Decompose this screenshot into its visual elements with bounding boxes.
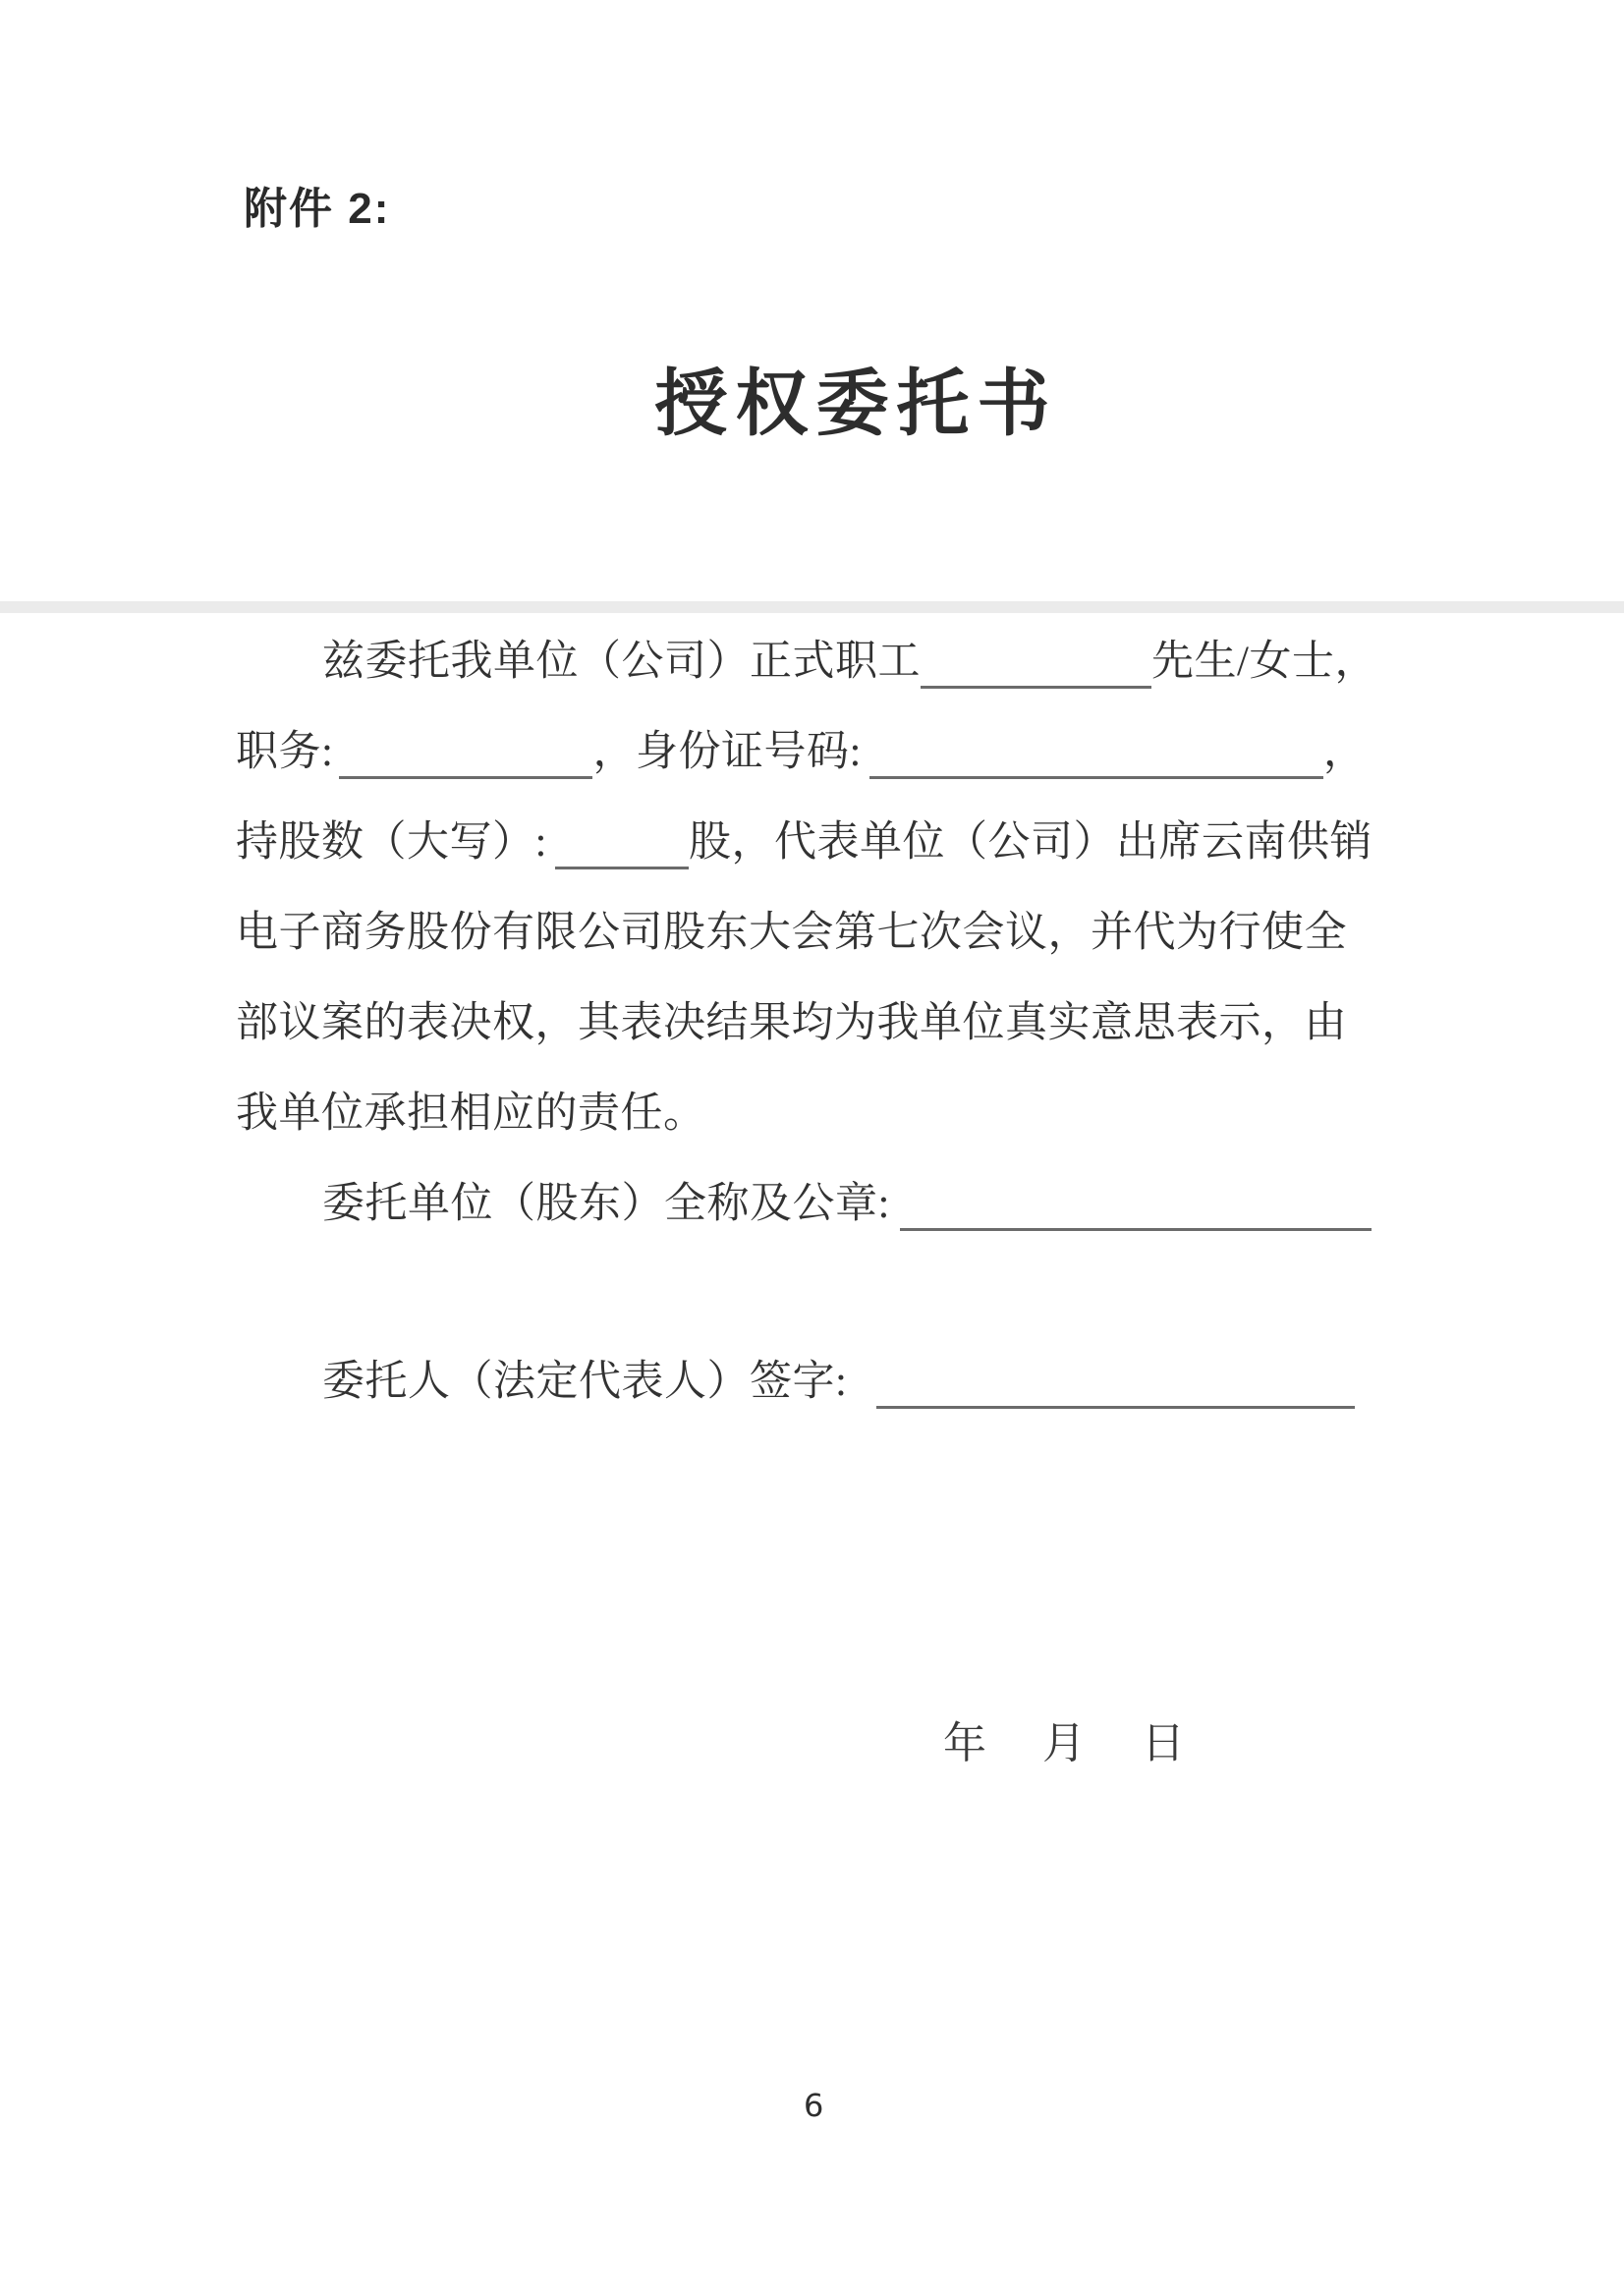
attachment-label: 附件 2:: [244, 173, 390, 236]
line1-text-post: 先生/女士，: [1151, 639, 1377, 685]
line3-text-post: 股，代表单位（公司）出席云南供销: [689, 819, 1372, 866]
id-number-blank: [869, 734, 1323, 779]
shares-blank: [555, 824, 689, 869]
line4-text: 电子商务股份有限公司股东大会第七次会议，并代为行使全: [236, 910, 1347, 956]
body-line-8: 委托人（法定代表人）签字:: [236, 1337, 1400, 1427]
body-line-3: 持股数（大写）:股，代表单位（公司）出席云南供销: [236, 798, 1400, 888]
date-year-label: 年: [943, 1699, 986, 1789]
body-line-7: 委托单位（股东）全称及公章:: [236, 1159, 1400, 1250]
document-page: 附件 2: 授权委托书 兹委托我单位（公司）正式职工先生/女士， 职务:，身份证…: [0, 0, 1624, 2295]
scan-artifact-band: [0, 601, 1624, 613]
body-line-6: 我单位承担相应的责任。: [236, 1069, 1400, 1159]
position-label: 职务:: [236, 729, 333, 775]
position-blank: [339, 734, 592, 779]
date-day-label: 日: [1142, 1699, 1185, 1789]
line2-comma: ，: [1323, 729, 1367, 775]
document-title: 授权委托书: [0, 346, 1624, 450]
entrusting-unit-blank: [900, 1186, 1372, 1231]
body-line-5: 部议案的表决权，其表决结果均为我单位真实意思表示，由: [236, 979, 1400, 1069]
body-line-1: 兹委托我单位（公司）正式职工先生/女士，: [236, 617, 1400, 707]
entrusting-unit-label: 委托单位（股东）全称及公章:: [322, 1181, 890, 1227]
date-month-label: 月: [1042, 1699, 1086, 1789]
date-line: 年月日: [236, 1699, 1400, 1789]
body-line-4: 电子商务股份有限公司股东大会第七次会议，并代为行使全: [236, 888, 1400, 979]
id-number-label: ，身份证号码:: [592, 729, 861, 775]
line5-text: 部议案的表决权，其表决结果均为我单位真实意思表示，由: [236, 1000, 1347, 1046]
document-body: 兹委托我单位（公司）正式职工先生/女士， 职务:，身份证号码:， 持股数（大写）…: [236, 617, 1400, 1427]
line6-text: 我单位承担相应的责任。: [236, 1091, 706, 1137]
body-line-2: 职务:，身份证号码:，: [236, 707, 1400, 798]
page-number: 6: [804, 2087, 823, 2124]
shares-label: 持股数（大写）:: [236, 819, 547, 866]
employee-name-blank: [921, 644, 1151, 689]
line1-text-pre: 兹委托我单位（公司）正式职工: [322, 639, 921, 685]
signature-label: 委托人（法定代表人）签字:: [322, 1359, 847, 1405]
signature-blank: [876, 1364, 1355, 1409]
